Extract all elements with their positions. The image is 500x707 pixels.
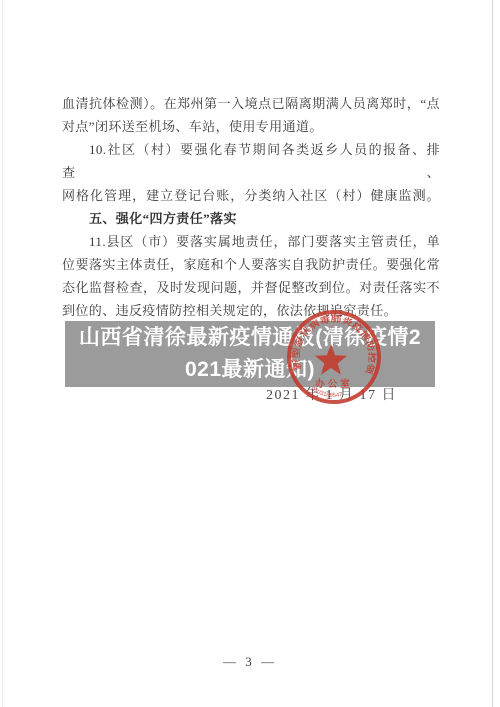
doc-line: 10.社区（村）要强化春节期间各类返乡人员的报备、排查、 bbox=[62, 138, 440, 184]
doc-line: 对点”闭环送至机场、车站，使用专用通道。 bbox=[62, 115, 440, 138]
doc-section-heading: 五、强化“四方责任”落实 bbox=[62, 207, 440, 230]
page-right-edge bbox=[492, 0, 493, 707]
doc-line: 位要落实主体责任，家庭和个人要落实自我防护责任。要强化常 bbox=[62, 253, 440, 276]
document-page: 血清抗体检测）。在郑州第一入境点已隔离期满人员离郑时，“点 对点”闭环送至机场、… bbox=[0, 0, 500, 707]
page-number: — 3 — bbox=[0, 654, 500, 670]
page-left-edge bbox=[2, 0, 3, 707]
doc-line: 态化监督检查，及时发现问题，并督促整改到位。对责任落实不 bbox=[62, 276, 440, 299]
document-body-text: 血清抗体检测）。在郑州第一入境点已隔离期满人员离郑时，“点 对点”闭环送至机场、… bbox=[62, 92, 440, 322]
seal-office-text: 办公室 bbox=[315, 378, 353, 390]
official-seal: 新型冠状病毒肺炎疫情防控领导小组 办公室 0103168547 bbox=[280, 303, 392, 411]
doc-line: 网格化管理，建立登记台账，分类纳入社区（村）健康监测。 bbox=[62, 184, 440, 207]
doc-line: 11.县区（市）要落实属地责任，部门要落实主管责任，单 bbox=[62, 230, 440, 253]
doc-line: 血清抗体检测）。在郑州第一入境点已隔离期满人员离郑时，“点 bbox=[62, 92, 440, 115]
seal-star-icon bbox=[315, 344, 347, 375]
official-seal-graphic: 新型冠状病毒肺炎疫情防控领导小组 办公室 0103168547 bbox=[280, 303, 392, 411]
